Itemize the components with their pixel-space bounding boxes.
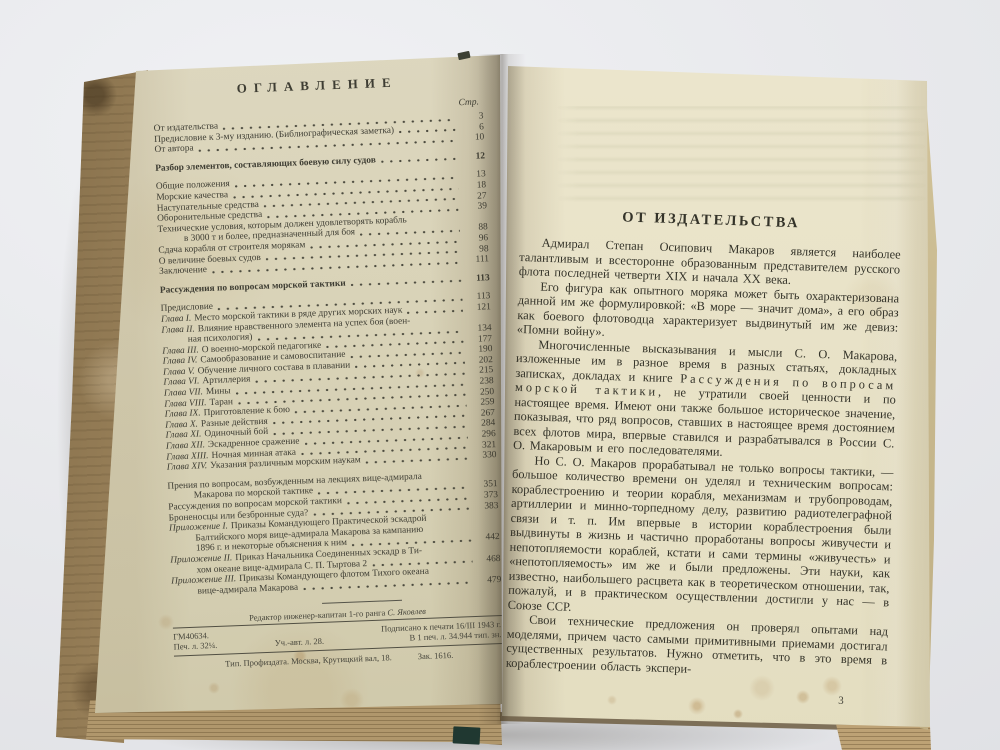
paragraph-text: , не утратили своей ценности и по настоя… bbox=[513, 385, 896, 459]
editor-name: С. Яковлев bbox=[387, 606, 426, 617]
publisher-foreword: ОТ ИЗДАТЕЛЬСТВА Адмирал Степан Осипович … bbox=[505, 206, 902, 708]
foreword-paragraph: Многочисленные высказывания и мысли С. О… bbox=[513, 336, 898, 465]
toc-entry-label: Разбор элементов, составляющих боевую си… bbox=[155, 155, 376, 174]
colophon-divider-dash bbox=[322, 600, 402, 604]
toc-entry-prefix: Глава XIV. bbox=[167, 461, 208, 473]
dot-leader bbox=[381, 158, 457, 164]
author-sheets: Уч.-авт. л. 28. bbox=[275, 636, 325, 648]
colophon: Редактор инженер-капитан 1-го ранга С. Я… bbox=[172, 596, 504, 671]
dot-leader bbox=[351, 280, 462, 287]
book-gutter-shadow bbox=[478, 54, 526, 724]
paragraph-text: Свои технические предложения он проверял… bbox=[506, 613, 889, 676]
foreword-paragraph: Но С. О. Макаров прорабатывал не только … bbox=[508, 452, 894, 624]
order-number: Зак. 1616. bbox=[418, 650, 454, 661]
print-info-left: ГМ40634. Печ. л. 32¼. bbox=[173, 630, 217, 652]
paragraph-text: Но С. О. Макаров прорабатывал не только … bbox=[508, 453, 894, 613]
foreword-paragraphs: Адмирал Степан Осипович Макаров является… bbox=[506, 235, 901, 682]
toc-entry-label: Заключение bbox=[159, 265, 207, 277]
toc-entry-label: Рассуждения по вопросам морской тактики bbox=[160, 278, 346, 296]
printed-sheets: Печ. л. 32¼. bbox=[173, 640, 217, 652]
book-photo: ОГЛАВЛЕНИЕ Стр. От издательства3Предисло… bbox=[0, 0, 1000, 750]
toc-list: От издательства3Предисловие к 3-му издан… bbox=[154, 111, 502, 598]
toc-entry-label: От автора bbox=[154, 144, 193, 156]
table-of-contents: ОГЛАВЛЕНИЕ Стр. От издательства3Предисло… bbox=[152, 71, 504, 671]
dot-leader bbox=[366, 457, 469, 464]
cover-corner-peek bbox=[453, 726, 481, 744]
paragraph-text: Адмирал Степан Осипович Макаров является… bbox=[519, 236, 901, 287]
foreword-paragraph: Свои технические предложения он проверял… bbox=[506, 612, 889, 683]
dot-leader bbox=[303, 581, 473, 591]
